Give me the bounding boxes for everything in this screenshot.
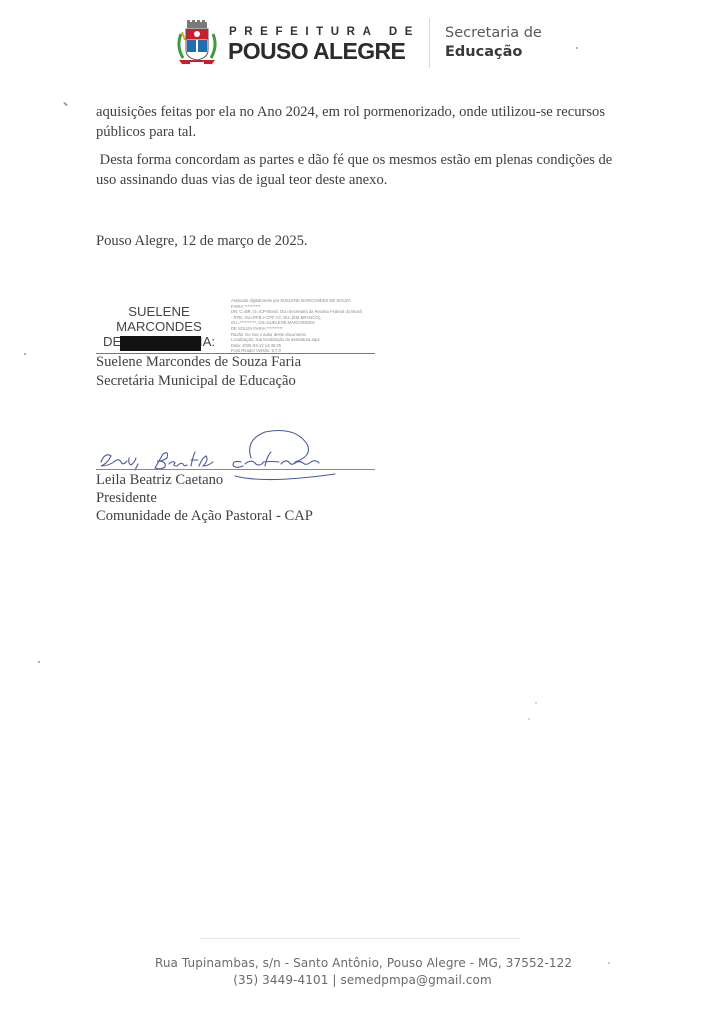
letterhead: PREFEITURA DE POUSO ALEGRE Secretaria de… — [0, 0, 725, 80]
coat-of-arms-icon — [173, 20, 221, 68]
department-line1: Secretaria de — [445, 25, 542, 41]
footer-divider — [200, 938, 520, 939]
digital-signature-details: Assinado digitalmente por SUELENE MARCON… — [231, 298, 373, 354]
scan-speck — [24, 353, 26, 355]
paragraph-line: aquisições feitas por ela no Ano 2024, e… — [96, 103, 641, 123]
signer2-name: Leila Beatriz Caetano — [96, 472, 223, 489]
detail-line: DN: C=BR, O=ICP-Brasil, OU=Secretaria da… — [231, 309, 373, 315]
signer2-organization: Comunidade de Ação Pastoral - CAP — [96, 508, 313, 525]
signature-rule — [96, 469, 375, 470]
paragraph-line: públicos para tal. — [96, 123, 641, 143]
scan-speck — [38, 661, 40, 663]
scan-speck — [576, 47, 578, 49]
date-line: Pouso Alegre, 12 de março de 2025. — [96, 233, 308, 250]
footer-address: Rua Tupinambas, s/n - Santo Antônio, Pou… — [0, 956, 725, 970]
scan-speck — [535, 702, 537, 704]
paragraph-agreement: Desta forma concordam as partes e dão fé… — [96, 151, 641, 190]
signer2-role: Presidente — [96, 490, 157, 507]
paragraph-line: Desta forma concordam as partes e dão fé… — [96, 151, 641, 171]
header-divider — [429, 18, 430, 68]
signer1-name: Suelene Marcondes de Souza Faria — [96, 354, 301, 371]
scan-mark — [63, 102, 68, 107]
scan-speck — [528, 718, 530, 720]
brand-top-text: PREFEITURA DE — [229, 26, 420, 38]
digital-signer-line1: SUELENE MARCONDES — [86, 304, 232, 334]
signer1-role: Secretária Municipal de Educação — [96, 373, 296, 390]
footer-contact: (35) 3449-4101 | semedpmpa@gmail.com — [0, 973, 725, 987]
brand-main-text: POUSO ALEGRE — [228, 38, 405, 65]
paragraph-line: uso assinando duas vias de igual teor de… — [96, 171, 641, 191]
redaction-box — [120, 336, 201, 351]
department-line2: Educação — [445, 44, 522, 60]
paragraph-acquisitions: aquisições feitas por ela no Ano 2024, e… — [96, 103, 641, 142]
